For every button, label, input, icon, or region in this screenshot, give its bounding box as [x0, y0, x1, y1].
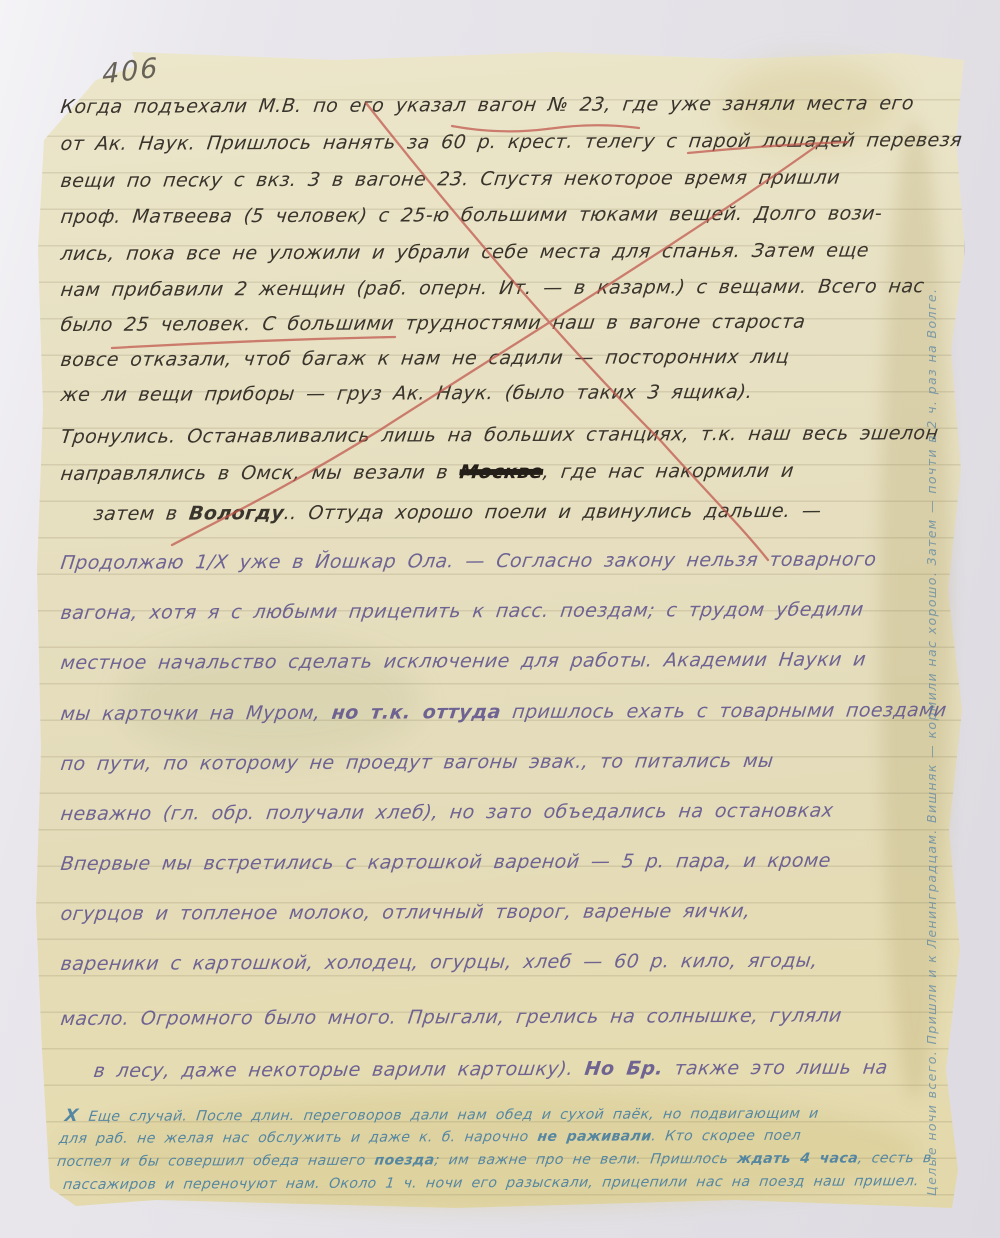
handwritten-text-segment: местное начальство сделать исключение дл… [59, 648, 867, 674]
handwriting-layer: Когда подъехали М.В. по его указал вагон… [0, 0, 1000, 1238]
handwritten-text-segment: проф. Матвеева (5 человек) с 25-ю больши… [59, 202, 883, 228]
handwritten-text-segment: Москве [458, 461, 544, 483]
handwritten-line: поспел и бы совершил обеда нашего поезда… [56, 1150, 933, 1170]
handwritten-line: было 25 человек. С большими трудностями … [59, 311, 806, 336]
handwritten-text-segment: .. Оттуда хорошо поели и двинулись дальш… [283, 500, 823, 524]
handwritten-text-segment: вещи по песку с вкз. 3 в вагоне 23. Спус… [59, 167, 841, 192]
handwritten-text-segment: пришлось ехать с товарными поездами [500, 699, 948, 723]
handwritten-text-segment: пассажиров и переночуют нам. Около 1 ч. … [62, 1173, 920, 1193]
handwritten-text-segment: не раживали [536, 1128, 652, 1144]
handwritten-text-segment: Продолжаю 1/X уже в Йошкар Ола. — Соглас… [59, 548, 877, 574]
handwritten-line: огурцов и топленое молоко, отличный твор… [59, 900, 751, 925]
handwritten-text-segment: лись, пока все не уложили и убрали себе … [59, 239, 870, 265]
handwritten-text-segment: затем в [92, 503, 190, 525]
handwritten-line: направлялись в Омск, мы везали в Москве,… [59, 460, 795, 485]
handwritten-text-segment: Впервые мы встретились с картошкой варен… [59, 850, 832, 875]
handwritten-line: Продолжаю 1/X уже в Йошкар Ола. — Соглас… [59, 548, 877, 574]
handwritten-line: по пути, по которому не проедут вагоны э… [59, 750, 774, 775]
handwritten-line: вареники с картошкой, холодец, огурцы, х… [59, 950, 819, 975]
handwritten-line: Х Еще случай. После длин. переговоров да… [64, 1103, 820, 1126]
handwritten-text-segment: Х [64, 1106, 90, 1126]
handwritten-text-segment: Тронулись. Останавливались лишь на больш… [59, 422, 939, 448]
handwritten-line: проф. Матвеева (5 человек) с 25-ю больши… [59, 202, 883, 228]
handwritten-text-segment: по пути, по которому не проедут вагоны э… [59, 750, 774, 775]
handwritten-line: же ли вещи приборы — груз Ак. Наук. (был… [59, 381, 753, 406]
handwritten-line: нам прибавили 2 женщин (раб. оперн. Ит. … [59, 275, 925, 301]
handwritten-line: Когда подъехали М.В. по его указал вагон… [59, 92, 915, 118]
handwritten-line: масло. Огромного было много. Прыгали, гр… [59, 1005, 843, 1030]
handwritten-line: местное начальство сделать исключение дл… [59, 648, 867, 674]
handwritten-text-segment: ждать 4 часа [736, 1151, 859, 1168]
handwritten-text-segment: вагона, хотя я с любыми прицепить к пасс… [59, 598, 864, 624]
handwritten-text-segment: нам прибавили 2 женщин (раб. оперн. Ит. … [59, 275, 925, 301]
handwritten-line: вагона, хотя я с любыми прицепить к пасс… [59, 598, 864, 624]
handwritten-text-segment: также это лишь на [662, 1057, 889, 1080]
handwritten-text-segment: но т.к. оттуда [331, 701, 503, 724]
handwritten-text-segment: мы карточки на Муром, [59, 702, 333, 725]
handwritten-line: вовсе отказали, чтоб багаж к нам не сади… [59, 346, 790, 371]
handwritten-text-segment: Еще случай. После длин. переговоров дали… [88, 1106, 820, 1125]
handwritten-line: Впервые мы встретились с картошкой варен… [59, 850, 832, 875]
handwritten-text-segment: Когда подъехали М.В. по его указал вагон… [59, 92, 915, 118]
handwritten-line: лись, пока все не уложили и убрали себе … [59, 239, 870, 265]
margin-note-vertical: Целые ночи всего. Пришли и к Ленинградца… [924, 66, 958, 1196]
handwritten-line: пассажиров и переночуют нам. Около 1 ч. … [62, 1173, 920, 1193]
handwritten-line: в лесу, даже некоторые варили картошку).… [92, 1057, 889, 1082]
handwritten-text-segment: , где нас накормили и [542, 460, 795, 483]
handwritten-text-segment: вовсе отказали, чтоб багаж к нам не сади… [59, 346, 790, 371]
handwritten-text-segment: поезда [374, 1152, 436, 1168]
handwritten-text-segment: было 25 человек. С большими трудностями … [59, 311, 806, 336]
handwritten-text-segment: для раб. не желая нас обслужить и даже к… [58, 1129, 538, 1147]
handwritten-text-segment: Вологду [188, 502, 286, 524]
handwritten-text-segment: . Кто скорее поел [651, 1128, 802, 1145]
handwritten-text-segment: направлялись в Омск, мы везали в [59, 461, 460, 485]
handwritten-line: мы карточки на Муром, но т.к. оттуда при… [59, 699, 948, 725]
handwritten-text-segment: огурцов и топленое молоко, отличный твор… [59, 900, 751, 925]
handwritten-text-segment: поспел и бы совершил обеда нашего [56, 1153, 375, 1170]
handwritten-text-segment: же ли вещи приборы — груз Ак. Наук. (был… [59, 381, 753, 406]
handwritten-text-segment: в лесу, даже некоторые варили картошку). [92, 1058, 586, 1082]
handwritten-line: для раб. не желая нас обслужить и даже к… [58, 1128, 802, 1147]
handwritten-text-segment: неважно (гл. обр. получали хлеб), но зат… [59, 800, 834, 825]
handwritten-line: неважно (гл. обр. получали хлеб), но зат… [59, 800, 834, 825]
handwritten-line: от Ак. Наук. Пришлось нанять за 60 р. кр… [59, 129, 963, 155]
handwritten-text-segment: вареники с картошкой, холодец, огурцы, х… [59, 950, 819, 975]
photo-background: { "document": { "kind": "handwritten dia… [0, 0, 1000, 1238]
handwritten-line: вещи по песку с вкз. 3 в вагоне 23. Спус… [59, 167, 841, 192]
handwritten-line: Тронулись. Останавливались лишь на больш… [59, 422, 939, 448]
handwritten-text-segment: ; им важне про не вели. Пришлось [434, 1151, 739, 1168]
handwritten-text-segment: Но Бр. [583, 1058, 664, 1080]
handwritten-text-segment: от Ак. Наук. Пришлось нанять за 60 р. кр… [59, 129, 963, 155]
handwritten-text-segment: масло. Огромного было много. Прыгали, гр… [59, 1005, 843, 1030]
handwritten-text-segment: , сесть в [857, 1150, 933, 1166]
handwritten-line: затем в Вологду.. Оттуда хорошо поели и … [92, 500, 822, 525]
